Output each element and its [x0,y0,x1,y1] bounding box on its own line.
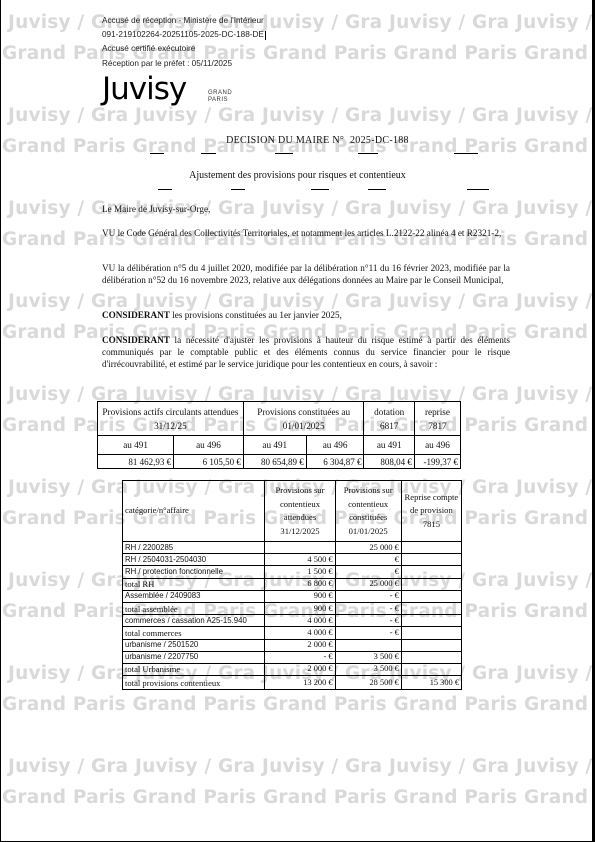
reception-stamp: Accusé de réception - Ministère de l'Int… [102,14,266,71]
category-cell: RH / 2200285 [123,542,265,554]
considerant-provisions-paragraph: CONSIDERANT les provisions constituées a… [102,310,510,322]
constituted-amount: - € [335,615,401,627]
stamp-line-1: Accusé de réception - Ministère de l'Int… [102,14,266,28]
text-cursor [265,31,266,40]
constituted-amount: € [335,566,401,578]
reprise-amount [401,554,461,566]
subheader-account: au 496 [306,436,364,455]
expected-amount: 13 200 € [265,676,335,690]
subheader-account: au 491 [364,436,414,455]
subheader-account: au 496 [414,436,460,455]
decision-subtitle: Ajustement des provisions pour risques e… [0,170,595,181]
divider [311,189,329,190]
total-row: total RH6 800 €25 000 € [123,578,462,590]
stamp-line-3: Accusé certifié exécutoire [102,42,266,56]
header-category: catégorie/n°affaire [123,481,265,542]
constituted-amount: 25 000 € [335,578,401,590]
juvisy-logo: Juvisy GRAND PARIS [102,74,186,104]
intro-paragraph: Le Maire de Juvisy-sur-Orge, [102,204,510,216]
divider [150,153,164,154]
total-row: total provisions contentieux13 200 €28 5… [123,676,462,690]
constituted-amount [335,639,401,651]
expected-amount: 6 800 € [265,578,335,590]
constituted-amount: - € [335,627,401,639]
category-cell: commerces / cassation A25-15.940 [123,615,265,627]
table-row: RH / 220028525 000 € [123,542,462,554]
constituted-amount: € [335,554,401,566]
header-constituted: Provisions constituées au 01/01/2025 [243,402,364,436]
total-row: total Urbanisme2 000 €3 500 € [123,663,462,675]
reprise-amount [401,651,461,663]
total-row: total commerces4 000 €- € [123,627,462,639]
subheader-account: au 491 [98,436,174,455]
reprise-amount [401,602,461,614]
divider [231,189,245,190]
expected-amount [265,542,335,554]
constituted-amount: 3 500 € [335,651,401,663]
reprise-amount [401,590,461,602]
amount-cell: -199,37 € [414,455,460,469]
reprise-amount [401,639,461,651]
divider [358,153,378,154]
reprise-amount: 15 300 € [401,676,461,690]
reprise-amount [401,627,461,639]
total-row: total assemblée900 €- € [123,602,462,614]
divider [368,189,386,190]
reprise-amount [401,542,461,554]
category-cell: total Urbanisme [123,663,265,675]
table-row: urbanisme / 2207750- €3 500 € [123,651,462,663]
divider [158,189,172,190]
reprise-amount [401,615,461,627]
category-cell: total commerces [123,627,265,639]
category-cell: total RH [123,578,265,590]
considerant-adjust-paragraph: CONSIDERANT la nécessité d'ajuster les p… [102,335,510,370]
stamp-reference: 091-219102264-20251105-2025-DC-188-DE [102,30,264,39]
decision-title: DECISION DU MAIRE N° 2025-DC-188 [0,135,595,146]
divider [467,189,489,190]
category-cell: urbanisme / 2501520 [123,639,265,651]
litigation-provisions-table: catégorie/n°affaire Provisions sur conte… [122,480,462,690]
header-dotation: dotation 6817 [364,402,414,436]
amount-cell: 80 654,89 € [243,455,306,469]
reprise-amount [401,578,461,590]
constituted-amount: 25 000 € [335,542,401,554]
header-reprise: Reprise compte de provision 7815 [401,481,461,542]
expected-amount: 900 € [265,602,335,614]
decision-number: 2025-DC-188 [350,135,409,146]
expected-amount: - € [265,651,335,663]
category-cell: RH / 2504031-2504030 [123,554,265,566]
header-constituted: Provisions sur contentieux constituées 0… [335,481,401,542]
amount-cell: 81 462,93 € [98,455,174,469]
stamp-line-2: 091-219102264-20251105-2025-DC-188-DE [102,28,266,42]
header-expected: Provisions actifs circulants attendues 3… [98,402,244,436]
stamp-line-4: Réception par le préfet : 05/11/2025 [102,57,266,71]
constituted-amount: - € [335,602,401,614]
subheader-account: au 491 [243,436,306,455]
header-reprise: reprise 7817 [414,402,460,436]
logo-subtitle: GRAND PARIS [208,90,232,104]
considerant-label: CONSIDERANT [102,310,170,320]
table-row: Assemblée / 2409083900 €- € [123,590,462,602]
divider [201,153,216,154]
table-row: commerces / cassation A25-15.9404 000 €-… [123,615,462,627]
expected-amount: 1 500 € [265,566,335,578]
amount-cell: 808,04 € [364,455,414,469]
subheader-account: au 496 [174,436,244,455]
category-cell: RH / protection fonctionnelle [123,566,265,578]
expected-amount: 2 000 € [265,639,335,651]
vu-cgct-paragraph: VU le Code Général des Collectivités Ter… [102,228,510,240]
considerant-text: les provisions constituées au 1er janvie… [172,310,342,320]
expected-amount: 4 000 € [265,627,335,639]
category-cell: total provisions contentieux [123,676,265,690]
amount-cell: 6 304,87 € [306,455,364,469]
reprise-amount [401,566,461,578]
table-row: RH / protection fonctionnelle1 500 €€ [123,566,462,578]
logo-sub-grand: GRAND [208,90,232,97]
document-page: Accusé de réception - Ministère de l'Int… [0,0,595,842]
reprise-amount [401,663,461,675]
considerant-label: CONSIDERANT [102,335,170,345]
table-row: RH / 2504031-25040304 500 €€ [123,554,462,566]
category-cell: urbanisme / 2207750 [123,651,265,663]
constituted-amount: 3 500 € [335,663,401,675]
constituted-amount: - € [335,590,401,602]
expected-amount: 900 € [265,590,335,602]
divider [454,153,478,154]
logo-sub-paris: PARIS [208,97,232,104]
logo-wordmark: Juvisy [102,74,186,104]
category-cell: total assemblée [123,602,265,614]
category-cell: Assemblée / 2409083 [123,590,265,602]
expected-amount: 4 000 € [265,615,335,627]
divider [275,153,293,154]
header-expected: Provisions sur contentieux attendues 31/… [265,481,335,542]
current-assets-provisions-table: Provisions actifs circulants attendues 3… [97,401,461,469]
amount-cell: 6 105,50 € [174,455,244,469]
expected-amount: 4 500 € [265,554,335,566]
title-prefix: DECISION DU MAIRE N° [226,135,344,146]
vu-deliberation-paragraph: VU la délibération n°5 du 4 juillet 2020… [102,263,510,287]
constituted-amount: 28 500 € [335,676,401,690]
table-row: urbanisme / 25015202 000 € [123,639,462,651]
expected-amount: 2 000 € [265,663,335,675]
